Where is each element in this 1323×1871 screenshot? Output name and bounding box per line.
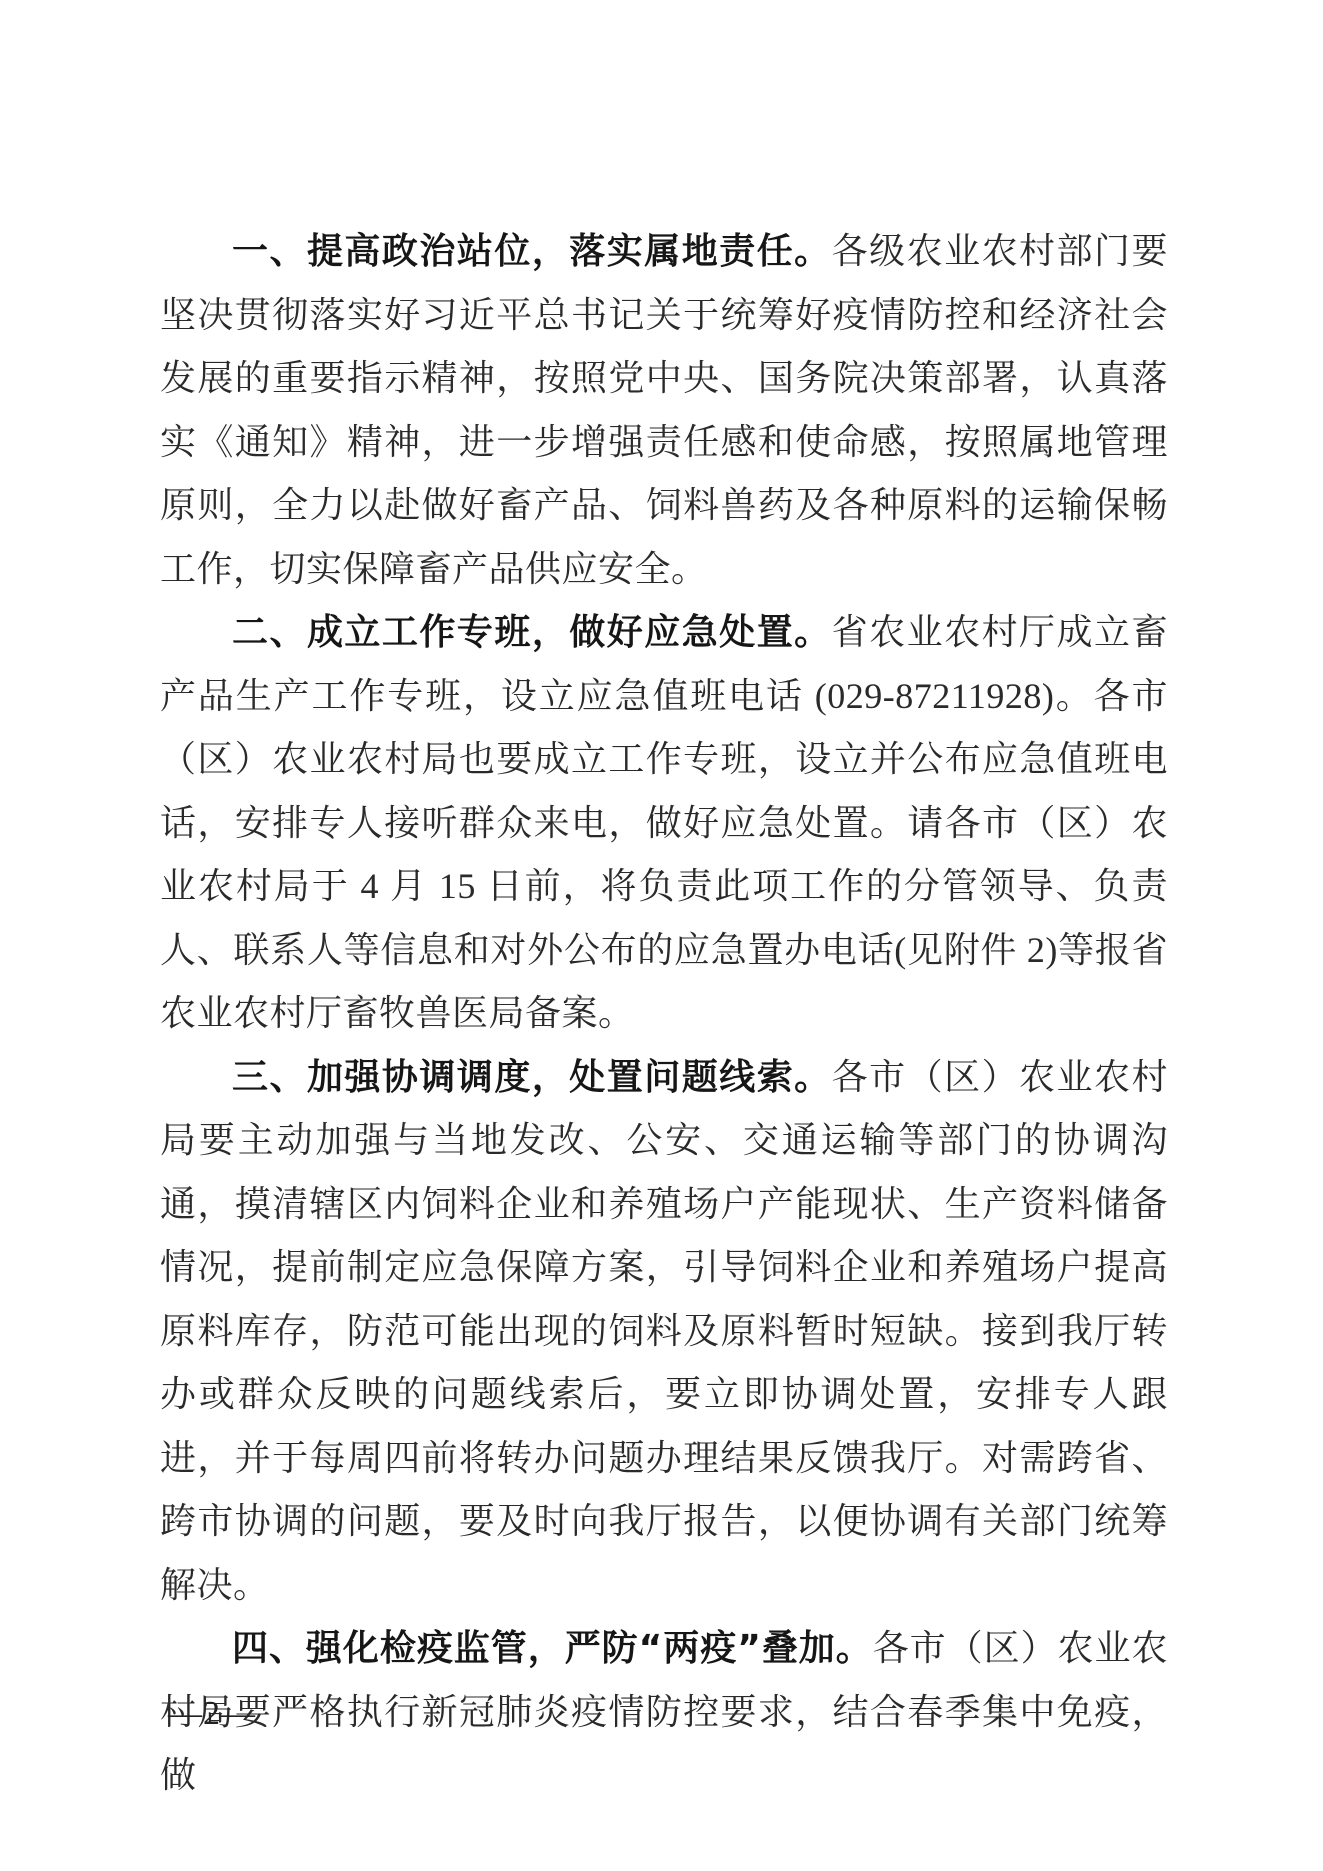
paragraph-2-text: 省农业农村厅成立畜产品生产工作专班，设立应急值班电话 (029-87211928… [160,612,1168,1033]
paragraph-4: 四、强化检疫监管，严防“两疫”叠加。各市（区）农业农村局要严格执行新冠肺炎疫情防… [160,1617,1168,1808]
paragraph-3: 三、加强协调调度，处置问题线索。各市（区）农业农村局要主动加强与当地发改、公安、… [160,1046,1168,1618]
paragraph-1-heading: 一、提高政治站位，落实属地责任。 [232,231,832,272]
document-body: 一、提高政治站位，落实属地责任。各级农业农村部门要坚决贯彻落实好习近平总书记关于… [160,220,1168,1808]
paragraph-2: 二、成立工作专班，做好应急处置。省农业农村厅成立畜产品生产工作专班，设立应急值班… [160,601,1168,1046]
paragraph-1-text: 各级农业农村部门要坚决贯彻落实好习近平总书记关于统筹好疫情防控和经济社会发展的重… [160,231,1168,589]
paragraph-1: 一、提高政治站位，落实属地责任。各级农业农村部门要坚决贯彻落实好习近平总书记关于… [160,220,1168,601]
paragraph-2-heading: 二、成立工作专班，做好应急处置。 [232,612,832,653]
document-page: 一、提高政治站位，落实属地责任。各级农业农村部门要坚决贯彻落实好习近平总书记关于… [0,0,1323,1871]
paragraph-4-heading: 四、强化检疫监管，严防“两疫”叠加。 [232,1628,873,1669]
paragraph-3-text: 各市（区）农业农村局要主动加强与当地发改、公安、交通运输等部门的协调沟通，摸清辖… [160,1057,1168,1605]
paragraph-3-heading: 三、加强协调调度，处置问题线索。 [232,1057,832,1098]
page-number: —2— [168,1694,256,1734]
